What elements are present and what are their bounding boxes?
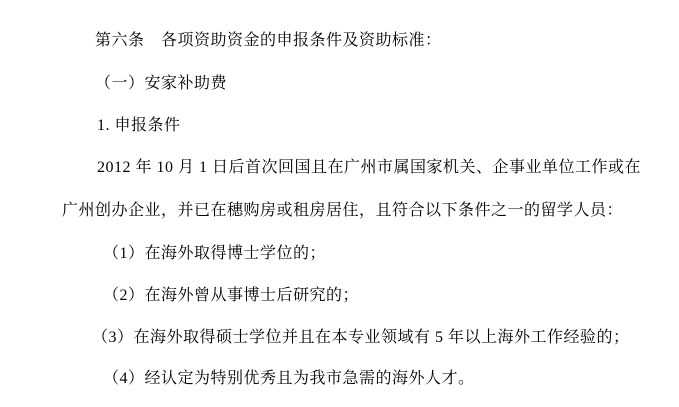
article-heading: 第六条 各项资助资金的申报条件及资助标准：	[95, 31, 442, 50]
subsection-heading: 1. 申报条件	[97, 116, 181, 135]
paragraph-line-2: 广州创办企业，并已在穗购房或租房居住，且符合以下条件之一的留学人员：	[62, 201, 623, 220]
condition-item-3: （3）在海外取得硕士学位并且在本专业领域有 5 年以上海外工作经验的；	[92, 328, 630, 347]
paragraph-line-1: 2012 年 10 月 1 日后首次回国且在广州市属国家机关、企事业单位工作或在	[97, 158, 641, 177]
condition-item-4: （4）经认定为特别优秀且为我市急需的海外人才。	[103, 369, 475, 388]
document-page: 第六条 各项资助资金的申报条件及资助标准： （一）安家补助费 1. 申报条件 2…	[0, 0, 679, 407]
condition-item-2: （2）在海外曾从事博士后研究的；	[103, 286, 359, 305]
condition-item-1: （1）在海外取得博士学位的；	[103, 244, 326, 263]
section-heading: （一）安家补助费	[95, 74, 227, 93]
